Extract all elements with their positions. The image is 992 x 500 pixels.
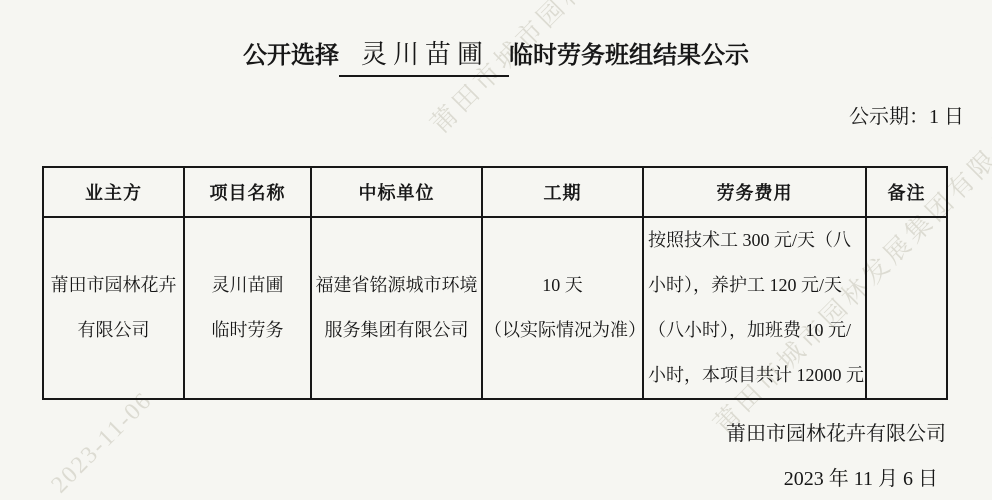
cell-winning-bidder: 福建省铭源城市环境 服务集团有限公司 [311,217,482,399]
cell-project-name: 灵川苗圃 临时劳务 [184,217,311,399]
col-header-owner: 业主方 [43,167,184,217]
title-prefix: 公开选择 [243,42,339,69]
signature-date: 2023 年 11 月 6 日 [726,457,946,500]
signature-block: 莆田市园林花卉有限公司 2023 年 11 月 6 日 [726,412,946,500]
table-row: 莆田市园林花卉 有限公司 灵川苗圃 临时劳务 福建省铭源城市环境 服务集团有限公… [43,217,947,399]
date-watermark: 2023-11-06 [46,387,158,499]
col-header-project-name: 项目名称 [184,167,311,217]
col-header-winning-bidder: 中标单位 [311,167,482,217]
page-title: 公开选择灵川苗圃临时劳务班组结果公示 [0,36,992,77]
cell-owner: 莆田市园林花卉 有限公司 [43,217,184,399]
table-header-row: 业主方 项目名称 中标单位 工期 劳务费用 备注 [43,167,947,217]
publicity-period: 公示期：1 日 [849,103,964,131]
cell-duration: 10 天 （以实际情况为准） [482,217,643,399]
title-blank-filled: 灵川苗圃 [339,36,509,77]
col-header-duration: 工期 [482,167,643,217]
cell-labor-cost: 按照技术工 300 元/天（八 小时），养护工 120 元/天 （八小时），加班… [643,217,866,399]
cell-remarks [866,217,947,399]
result-table: 业主方 项目名称 中标单位 工期 劳务费用 备注 莆田市园林花卉 有限公司 灵川… [42,166,948,400]
col-header-labor-cost: 劳务费用 [643,167,866,217]
title-suffix: 临时劳务班组结果公示 [509,42,749,69]
announcement-page: 莆田市城市园林发展集团有限公司 莆田市城市园林发展集团有限公司 2023-11-… [0,0,992,500]
col-header-remarks: 备注 [866,167,947,217]
signature-company: 莆田市园林花卉有限公司 [726,412,946,457]
